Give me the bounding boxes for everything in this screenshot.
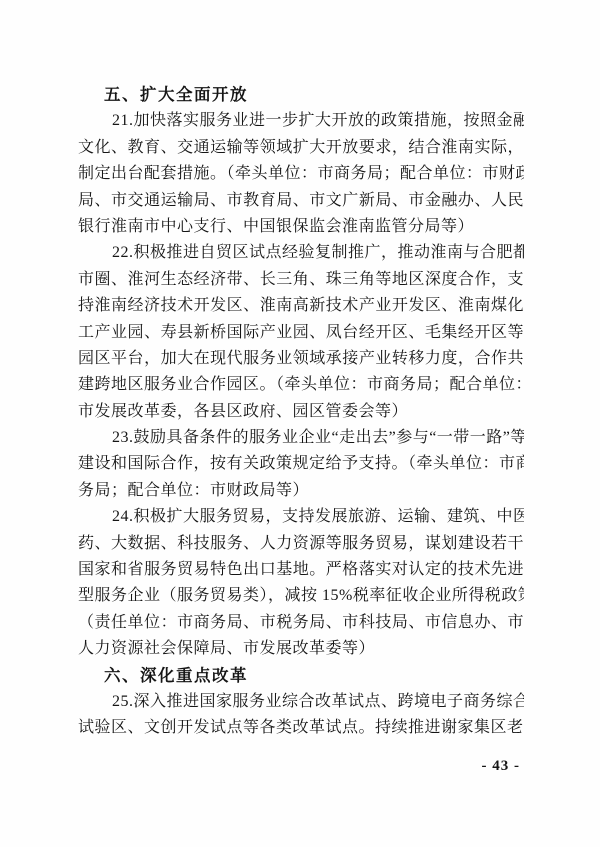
text-line: 21.加快落实服务业进一步扩大开放的政策措施，按照金融、 [78, 108, 524, 134]
text-line: 24.积极扩大服务贸易，支持发展旅游、运输、建筑、中医 [78, 504, 524, 530]
paragraph-23: 23.鼓励具备条件的服务业企业“走出去”参与“一带一路”等建设和国际合作，按有关… [78, 425, 524, 504]
text-line: 药、大数据、科技服务、人力资源等服务贸易，谋划建设若干 [78, 531, 524, 557]
paragraph-24: 24.积极扩大服务贸易，支持发展旅游、运输、建筑、中医药、大数据、科技服务、人力… [78, 504, 524, 662]
paragraph-21: 21.加快落实服务业进一步扩大开放的政策措施，按照金融、文化、教育、交通运输等领… [78, 108, 524, 240]
text-line: 23.鼓励具备条件的服务业企业“走出去”参与“一带一路”等 [78, 425, 524, 451]
text-line: 国家和省服务贸易特色出口基地。严格落实对认定的技术先进 [78, 557, 524, 583]
text-line: 文化、教育、交通运输等领域扩大开放要求，结合淮南实际， [78, 135, 524, 161]
text-line: 22.积极推进自贸区试点经验复制推广，推动淮南与合肥都 [78, 240, 524, 266]
text-line: 25.深入推进国家服务业综合改革试点、跨境电子商务综合 [78, 689, 524, 715]
text-line: 务局；配合单位：市财政局等） [78, 478, 524, 504]
text-line: 型服务企业（服务贸易类），减按 15%税率征收企业所得税政策。 [78, 583, 524, 609]
text-line: 局、市交通运输局、市教育局、市文广新局、市金融办、人民 [78, 188, 524, 214]
text-line: 园区平台，加大在现代服务业领域承接产业转移力度，合作共 [78, 346, 524, 372]
section-heading-5: 五、扩大全面开放 [78, 82, 524, 108]
scanned-document-page: 五、扩大全面开放21.加快落实服务业进一步扩大开放的政策措施，按照金融、文化、教… [0, 0, 600, 847]
text-line: 建设和国际合作，按有关政策规定给予支持。（牵头单位：市商 [78, 451, 524, 477]
text-line: 持淮南经济技术开发区、淮南高新技术产业开发区、淮南煤化 [78, 293, 524, 319]
text-line: 建跨地区服务业合作园区。（牵头单位：市商务局；配合单位： [78, 372, 524, 398]
text-line: 人力资源社会保障局、市发展改革委等） [78, 636, 524, 662]
paragraph-25: 25.深入推进国家服务业综合改革试点、跨境电子商务综合试验区、文创开发试点等各类… [78, 689, 524, 742]
text-line: 制定出台配套措施。（牵头单位：市商务局；配合单位：市财政 [78, 161, 524, 187]
text-line: 工产业园、寿县新桥国际产业园、凤台经开区、毛集经开区等 [78, 320, 524, 346]
document-body: 五、扩大全面开放21.加快落实服务业进一步扩大开放的政策措施，按照金融、文化、教… [78, 82, 524, 742]
text-line: 银行淮南市中心支行、中国银保监会淮南监管分局等） [78, 214, 524, 240]
section-heading-6: 六、深化重点改革 [78, 663, 524, 689]
paragraph-22: 22.积极推进自贸区试点经验复制推广，推动淮南与合肥都市圈、淮河生态经济带、长三… [78, 240, 524, 425]
text-line: 市发展改革委，各县区政府、园区管委会等） [78, 399, 524, 425]
text-line: 市圈、淮河生态经济带、长三角、珠三角等地区深度合作，支 [78, 267, 524, 293]
text-line: （责任单位：市商务局、市税务局、市科技局、市信息办、市 [78, 610, 524, 636]
page-number: - 43 - [482, 758, 521, 775]
text-line: 试验区、文创开发试点等各类改革试点。持续推进谢家集区老 [78, 715, 524, 741]
